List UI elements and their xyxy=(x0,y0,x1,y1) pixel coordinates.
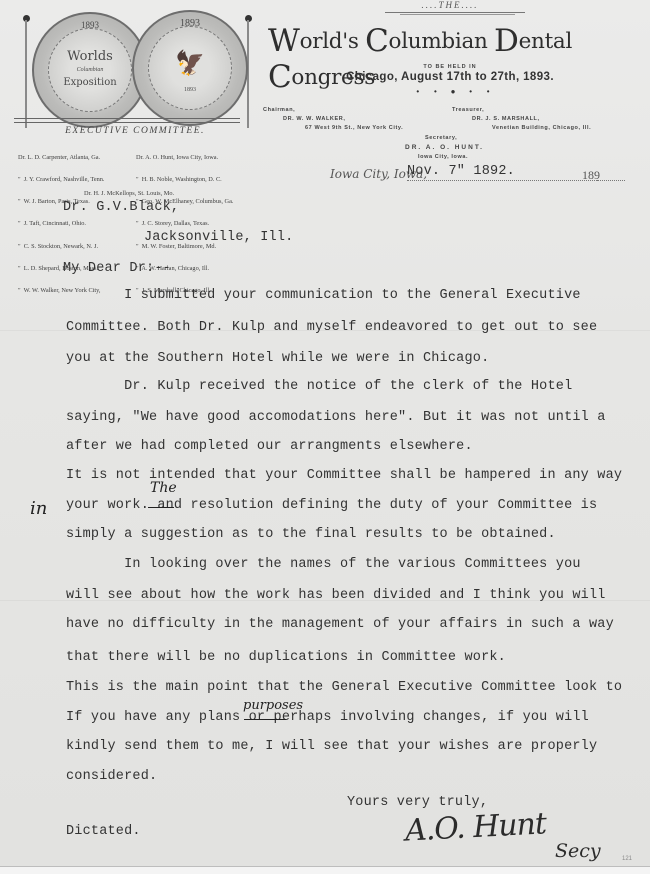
body-line: you at the Southern Hotel while we were … xyxy=(66,351,489,366)
committee-member: Dr. H. J. McKellops, St. Louis, Mo. xyxy=(84,190,174,197)
body-line: considered. xyxy=(66,769,157,784)
seal-exposition-text: Exposition xyxy=(49,77,131,88)
dot-ornament-icon: • • ● • • xyxy=(410,88,500,97)
body-line: your work. and resolution defining the d… xyxy=(66,498,597,513)
body-line: simply a suggestion as to the final resu… xyxy=(66,527,556,542)
title-word: olumbian xyxy=(389,29,495,54)
body-line: saying, "We have good accomodations here… xyxy=(66,410,606,425)
secretary-address: Iowa City, Iowa. xyxy=(418,154,468,160)
title-initial: C xyxy=(268,59,291,95)
strikethrough xyxy=(244,719,286,720)
treasurer-role: Treasurer, xyxy=(452,107,484,113)
addressee: Dr. G.V.Black, xyxy=(63,200,179,215)
secretary-name: DR. A. O. HUNT. xyxy=(405,144,484,151)
seal-worlds: Worlds xyxy=(49,49,131,64)
divider xyxy=(385,12,525,13)
committee-member: " C. S. Stockton, Newark, N. J. xyxy=(18,243,105,250)
letterhead-rule xyxy=(14,118,240,123)
treasurer-address: Venetian Building, Chicago, Ill. xyxy=(492,125,591,131)
title-initial: D xyxy=(494,23,519,59)
dictated-note: Dictated. xyxy=(66,824,141,839)
letterhead-seals: 1893 Worlds Columbian Exposition 1893 🦅 … xyxy=(18,8,254,128)
signature-title: Secy xyxy=(555,840,601,862)
scan-margin xyxy=(0,866,650,874)
handwritten-insertion-the: The xyxy=(150,480,177,496)
body-line: If you have any plans or perhaps involvi… xyxy=(66,710,589,725)
seal-eagle: 1893 🦅 1893 xyxy=(132,10,248,126)
executive-committee-title: EXECUTIVE COMMITTEE. xyxy=(0,126,270,136)
divider xyxy=(400,14,515,15)
executive-committee-left: Dr. L. D. Carpenter, Atlanta, Ga. " J. Y… xyxy=(18,139,105,309)
committee-member: " J. C. Storey, Dallas, Texas. xyxy=(136,220,233,227)
to-be-held-in: TO BE HELD IN xyxy=(360,64,540,70)
chairman-name: DR. W. W. WALKER, xyxy=(283,116,345,122)
executive-committee-right: Dr. A. O. Hunt, Iowa City, Iowa. " H. B.… xyxy=(136,139,233,309)
title-word: ental xyxy=(519,29,572,54)
seal-exposition: 1893 Worlds Columbian Exposition xyxy=(32,12,148,128)
seal-columbian: Columbian xyxy=(49,67,131,73)
title-word: orld's xyxy=(300,29,366,54)
dateline-date: Nov. 7" 1892. xyxy=(407,164,515,179)
signature: A.O. Hunt xyxy=(404,806,547,848)
seal-inner-ring: Worlds Columbian Exposition xyxy=(48,28,132,112)
body-line: that there will be no duplications in Co… xyxy=(66,650,506,665)
eagle-icon: 🦅 xyxy=(149,49,231,78)
secretary-role: Secretary, xyxy=(425,135,457,141)
strikethrough xyxy=(148,507,174,508)
handwritten-insertion-in: in xyxy=(30,498,47,519)
committee-member: " J. Taft, Cincinnati, Ohio. xyxy=(18,220,105,227)
dateline-rule xyxy=(407,180,611,181)
body-line: have no difficulty in the management of … xyxy=(66,617,614,632)
body-line: This is the main point that the General … xyxy=(66,680,622,695)
body-line: Committee. Both Dr. Kulp and myself ende… xyxy=(66,320,597,335)
congress-dates: Chicago, August 17th to 27th, 1893. xyxy=(300,71,600,83)
committee-member: " J. Y. Crawford, Nashville, Tenn. xyxy=(18,176,105,183)
body-line: In looking over the names of the various… xyxy=(66,557,581,572)
treasurer-name: DR. J. S. MARSHALL, xyxy=(472,116,540,122)
body-line: I submitted your communication to the Ge… xyxy=(66,288,581,303)
committee-member: " H. B. Noble, Washington, D. C. xyxy=(136,176,233,183)
title-initial: C xyxy=(365,23,388,59)
letter-page: 1893 Worlds Columbian Exposition 1893 🦅 … xyxy=(0,0,650,866)
salutation: My Dear Dr:-- xyxy=(63,261,171,276)
committee-member: Dr. A. O. Hunt, Iowa City, Iowa. xyxy=(136,154,233,161)
body-line: will see about how the work has been div… xyxy=(66,588,606,603)
archive-number: 121 xyxy=(622,856,632,862)
body-line: kindly send them to me, I will see that … xyxy=(66,739,597,754)
seal-inner-ring: 🦅 1893 xyxy=(148,26,232,110)
body-line: after we had completed our arrangments e… xyxy=(66,439,473,454)
body-line: Dr. Kulp received the notice of the cler… xyxy=(66,379,572,394)
chairman-address: 67 West 9th St., New York City. xyxy=(305,125,403,131)
title-initial: W xyxy=(268,23,300,59)
addressee-city: Jacksonville, Ill. xyxy=(144,230,293,245)
committee-member: Dr. L. D. Carpenter, Atlanta, Ga. xyxy=(18,154,105,161)
chairman-role: Chairman, xyxy=(263,107,295,113)
seal-ribbon-year: 1893 xyxy=(149,87,231,93)
letterhead-the: ....THE.... xyxy=(360,0,540,10)
closing: Yours very truly, xyxy=(347,795,488,810)
post-left xyxy=(25,20,27,128)
year-rule xyxy=(597,180,625,181)
